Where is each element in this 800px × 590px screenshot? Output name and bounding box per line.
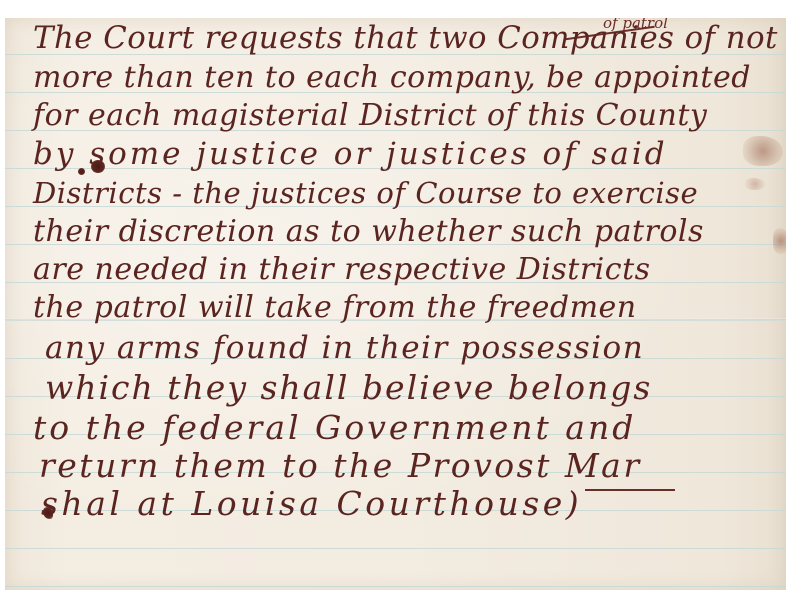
manuscript-line: by some justice or justices of said (33, 136, 668, 172)
ink-stain (745, 178, 765, 190)
manuscript-line: which they shall believe belongs (45, 368, 652, 407)
manuscript-page: of patrol The Court requests that two Co… (5, 18, 786, 590)
ruled-line (5, 548, 786, 549)
manuscript-line: their discretion as to whether such patr… (33, 214, 704, 249)
manuscript-line: The Court requests that two Companies of… (33, 20, 778, 56)
manuscript-line: to the federal Government and (33, 408, 636, 447)
manuscript-line: the patrol will take from the freedmen (33, 290, 637, 325)
ink-blot (91, 160, 105, 173)
manuscript-line: are needed in their respective Districts (33, 252, 651, 287)
ink-blot (78, 168, 85, 175)
manuscript-line: shal at Louisa Courthouse) (41, 484, 582, 523)
manuscript-line: more than ten to each company, be appoin… (33, 60, 751, 95)
ink-blot (43, 507, 53, 519)
manuscript-line: return them to the Provost Mar (39, 446, 642, 485)
manuscript-line: any arms found in their possession (45, 330, 644, 366)
manuscript-line: for each magisterial District of this Co… (33, 98, 707, 133)
underline-provost (585, 489, 675, 491)
ink-stain (773, 228, 786, 254)
manuscript-line: Districts - the justices of Course to ex… (33, 176, 698, 210)
ink-stain (743, 136, 783, 166)
ruled-line (5, 586, 786, 587)
